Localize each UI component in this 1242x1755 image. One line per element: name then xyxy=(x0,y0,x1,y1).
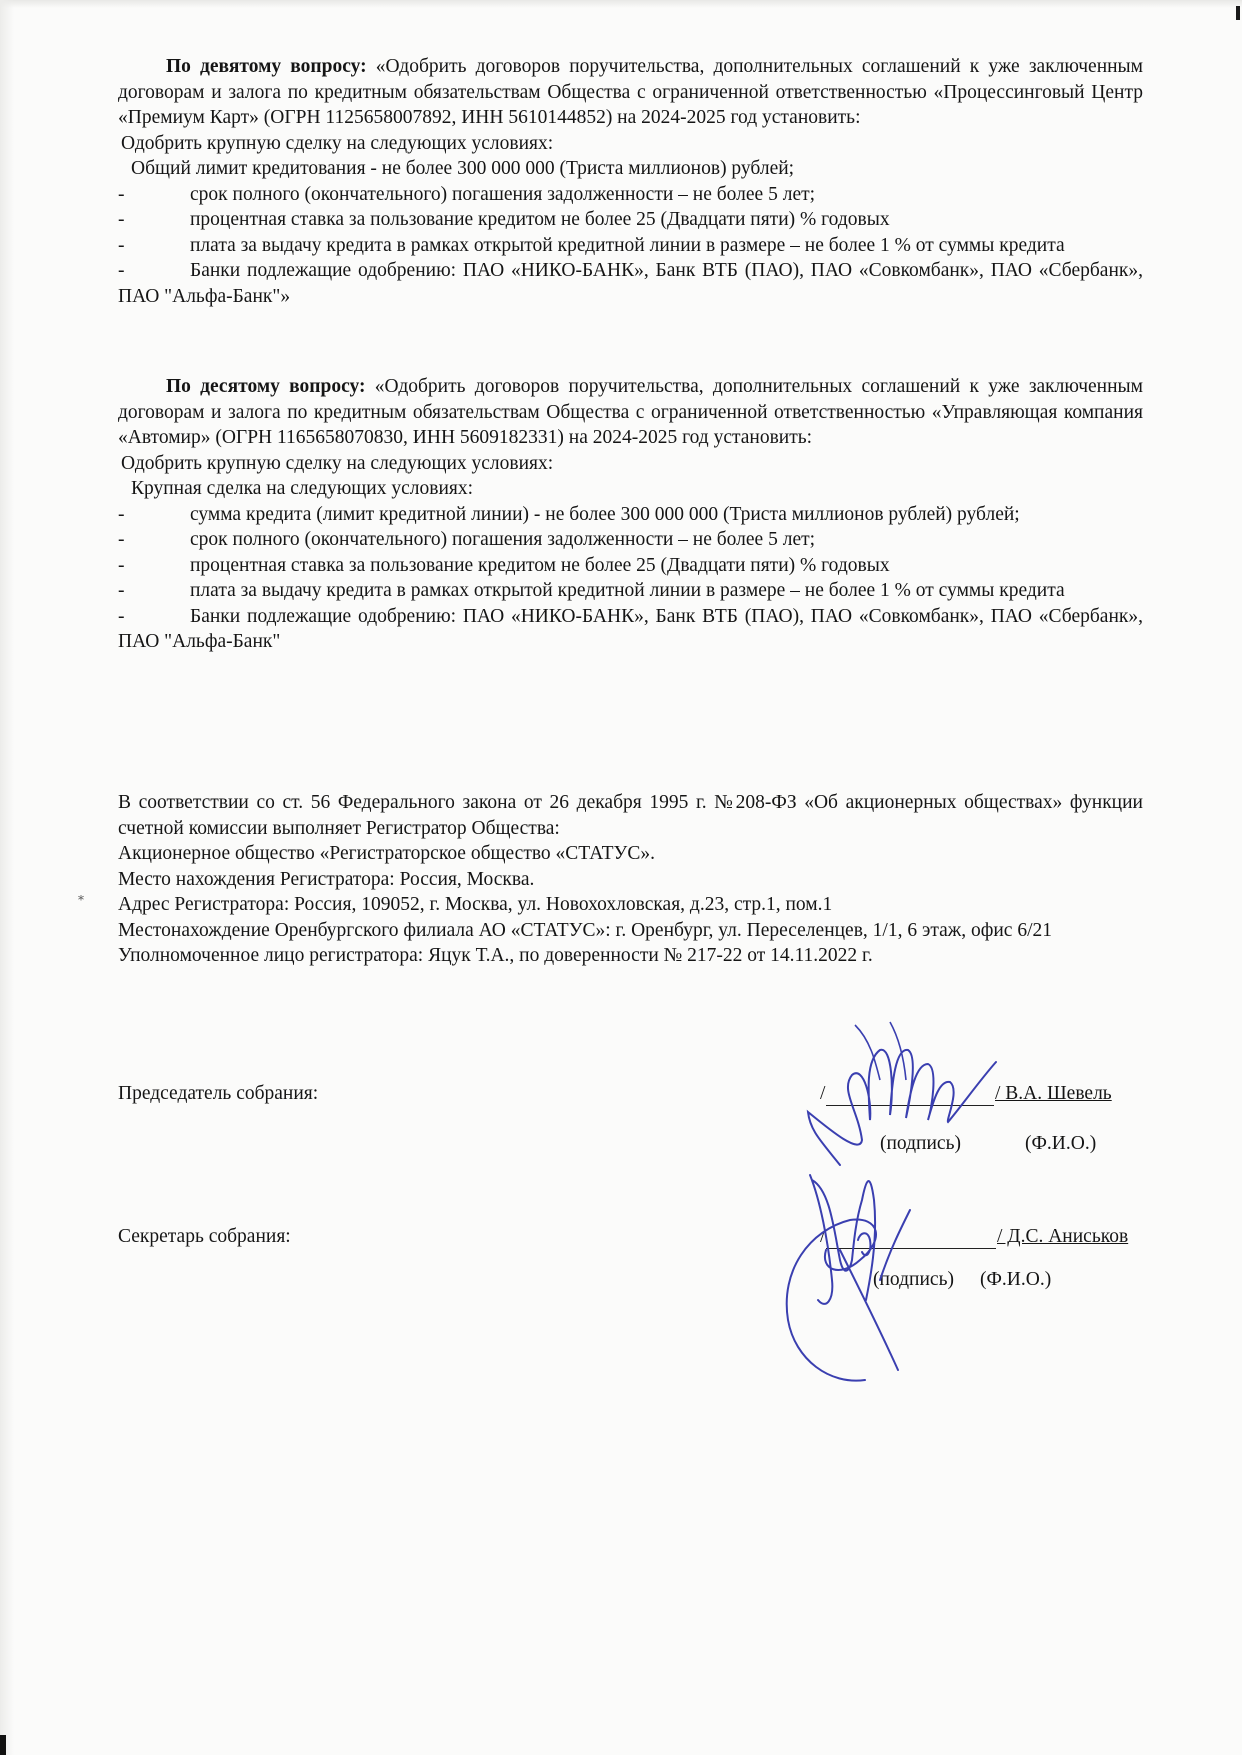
question-9-paragraph: По девятому вопросу: «Одобрить договоров… xyxy=(118,54,1143,131)
question-9-condition: -плата за выдачу кредита в рамках открыт… xyxy=(118,233,1143,259)
document-page: ⁎ По девятому вопросу: «Одобрить договор… xyxy=(0,0,1242,1755)
scan-artifact xyxy=(0,1735,6,1755)
question-10-condition: -процентная ставка за пользование кредит… xyxy=(118,553,1143,579)
registrar-authorized-person: Уполномоченное лицо регистратора: Яцук Т… xyxy=(118,943,1143,969)
registrar-branch: Местонахождение Оренбургского филиала АО… xyxy=(118,918,1143,944)
chairman-name: / В.А. Шевель xyxy=(995,1083,1112,1105)
chairman-caption-name: (Ф.И.О.) xyxy=(1025,1133,1096,1155)
question-10-paragraph: По десятому вопросу: «Одобрить договоров… xyxy=(118,374,1143,451)
question-10-section: По десятому вопросу: «Одобрить договоров… xyxy=(118,374,1143,655)
secretary-caption-name: (Ф.И.О.) xyxy=(980,1269,1051,1291)
question-9-limit-line: Общий лимит кредитования - не более 300 … xyxy=(118,156,1143,182)
question-10-heading: По десятому вопросу: xyxy=(166,376,366,397)
registrar-section: В соответствии со ст. 56 Федерального за… xyxy=(118,790,1143,969)
question-9-heading: По девятому вопросу: xyxy=(166,56,367,77)
question-10-condition: -сумма кредита (лимит кредитной линии) -… xyxy=(118,502,1143,528)
registrar-location: Место нахождения Регистратора: Россия, М… xyxy=(118,867,1143,893)
question-10-approve-line: Одобрить крупную сделку на следующих усл… xyxy=(118,451,1143,477)
question-10-condition: -плата за выдачу кредита в рамках открыт… xyxy=(118,578,1143,604)
scan-speck: ⁎ xyxy=(78,889,84,904)
chairman-label: Председатель собрания: xyxy=(118,1083,318,1105)
secretary-name: / Д.С. Аниськов xyxy=(997,1226,1128,1248)
secretary-signature-icon xyxy=(770,1160,930,1390)
question-10-deal-line: Крупная сделка на следующих условиях: xyxy=(118,476,1143,502)
scan-edge xyxy=(0,0,1242,8)
question-10-condition: -срок полного (окончательного) погашения… xyxy=(118,527,1143,553)
question-10-condition: -Банки подлежащие одобрению: ПАО «НИКО-Б… xyxy=(118,604,1143,655)
registrar-name: Акционерное общество «Регистраторское об… xyxy=(118,841,1143,867)
question-9-section: По девятому вопросу: «Одобрить договоров… xyxy=(118,54,1143,309)
question-9-condition: -процентная ставка за пользование кредит… xyxy=(118,207,1143,233)
question-9-condition: -срок полного (окончательного) погашения… xyxy=(118,182,1143,208)
secretary-label: Секретарь собрания: xyxy=(118,1226,291,1248)
scan-edge xyxy=(0,0,14,1755)
scan-artifact xyxy=(1236,6,1240,20)
registrar-address: Адрес Регистратора: Россия, 109052, г. М… xyxy=(118,892,1143,918)
registrar-law-text: В соответствии со ст. 56 Федерального за… xyxy=(118,790,1143,841)
question-9-condition: -Банки подлежащие одобрению: ПАО «НИКО-Б… xyxy=(118,258,1143,309)
question-9-approve-line: Одобрить крупную сделку на следующих усл… xyxy=(118,131,1143,157)
chairman-signature-icon xyxy=(800,1020,1010,1170)
